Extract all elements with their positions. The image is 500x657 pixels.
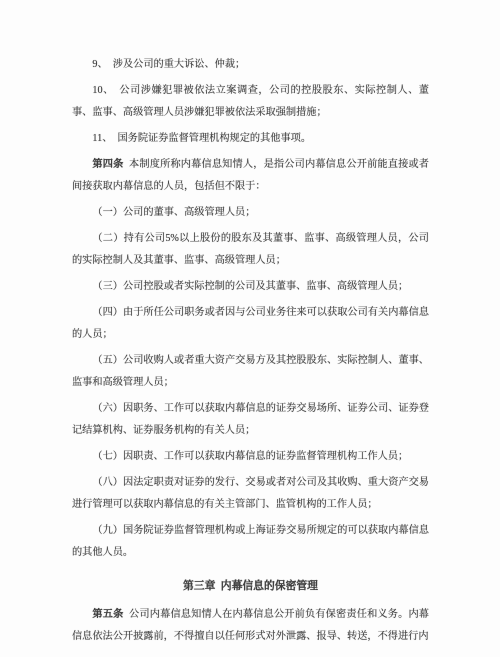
para-item-10: 10、 公司涉嫌犯罪被依法立案调查，公司的控股股东、实际控制人、董事、监事、高级… <box>72 80 429 124</box>
article-5-text: 公司内幕信息知情人在内幕信息公开前负有保密责任和义务。内幕信息依法公开披露前，不… <box>72 609 429 642</box>
para-subitem-6: （六）因职务、工作可以获取内幕信息的证券交易场所、证券公司、证券登记结算机构、证… <box>72 398 429 442</box>
para-subitem-9-text: （九）国务院证券监督管理机构或上海证券交易所规定的可以获取内幕信息的其他人员。 <box>72 525 429 558</box>
document-page: 9、 涉及公司的重大诉讼、仲裁； 10、 公司涉嫌犯罪被依法立案调查，公司的控股… <box>0 0 500 657</box>
para-subitem-7-text: （七）因职责、工作可以获取内幕信息的证券监督管理机构工作人员； <box>92 451 408 462</box>
para-subitem-3-text: （三）公司控股或者实际控制的公司及其董事、监事、高级管理人员； <box>92 281 408 292</box>
chapter-title: 内幕信息的保密管理 <box>221 580 318 592</box>
para-article-5: 第五条公司内幕信息知情人在内幕信息公开前负有保密责任和义务。内幕信息依法公开披露… <box>72 604 429 648</box>
para-subitem-4: （四）由于所任公司职务或者因与公司业务往来可以获取公司有关内幕信息的人员； <box>72 302 429 346</box>
para-subitem-2: （二）持有公司5%以上股份的股东及其董事、监事、高级管理人员，公司的实际控制人及… <box>72 228 429 272</box>
para-item-10-text: 10、 公司涉嫌犯罪被依法立案调查，公司的控股股东、实际控制人、董事、监事、高级… <box>72 85 429 118</box>
para-subitem-7: （七）因职责、工作可以获取内幕信息的证券监督管理机构工作人员； <box>72 446 429 468</box>
para-subitem-1: （一）公司的董事、高级管理人员； <box>72 202 429 224</box>
para-subitem-2-text: （二）持有公司5%以上股份的股东及其董事、监事、高级管理人员，公司的实际控制人及… <box>72 233 429 266</box>
para-subitem-8-text: （八）因法定职责对证券的发行、交易或者对公司及其收购、重大资产交易进行管理可以获… <box>72 477 429 510</box>
para-subitem-5: （五）公司收购人或者重大资产交易方及其控股股东、实际控制人、董事、监事和高级管理… <box>72 350 429 394</box>
chapter-heading: 第三章内幕信息的保密管理 <box>72 575 429 597</box>
para-item-9-text: 9、 涉及公司的重大诉讼、仲裁； <box>92 59 245 70</box>
para-subitem-6-text: （六）因职务、工作可以获取内幕信息的证券交易场所、证券公司、证券登记结算机构、证… <box>72 403 429 436</box>
para-item-11: 11、 国务院证券监督管理机构规定的其他事项。 <box>72 128 429 150</box>
article-4-label: 第四条 <box>92 159 123 170</box>
para-item-11-text: 11、 国务院证券监督管理机构规定的其他事项。 <box>92 133 311 144</box>
article-4-text: 本制度所称内幕信息知情人，是指公司内幕信息公开前能直接或者间接获取内幕信息的人员… <box>72 159 429 192</box>
para-article-4: 第四条本制度所称内幕信息知情人，是指公司内幕信息公开前能直接或者间接获取内幕信息… <box>72 154 429 198</box>
para-subitem-3: （三）公司控股或者实际控制的公司及其董事、监事、高级管理人员； <box>72 276 429 298</box>
article-5-label: 第五条 <box>92 609 123 620</box>
para-item-9: 9、 涉及公司的重大诉讼、仲裁； <box>72 54 429 76</box>
chapter-number: 第三章 <box>183 580 215 592</box>
para-subitem-9: （九）国务院证券监督管理机构或上海证券交易所规定的可以获取内幕信息的其他人员。 <box>72 520 429 564</box>
para-subitem-8: （八）因法定职责对证券的发行、交易或者对公司及其收购、重大资产交易进行管理可以获… <box>72 472 429 516</box>
para-subitem-1-text: （一）公司的董事、高级管理人员； <box>92 207 255 218</box>
para-subitem-5-text: （五）公司收购人或者重大资产交易方及其控股股东、实际控制人、董事、监事和高级管理… <box>72 355 429 388</box>
para-subitem-4-text: （四）由于所任公司职务或者因与公司业务往来可以获取公司有关内幕信息的人员； <box>72 307 429 340</box>
